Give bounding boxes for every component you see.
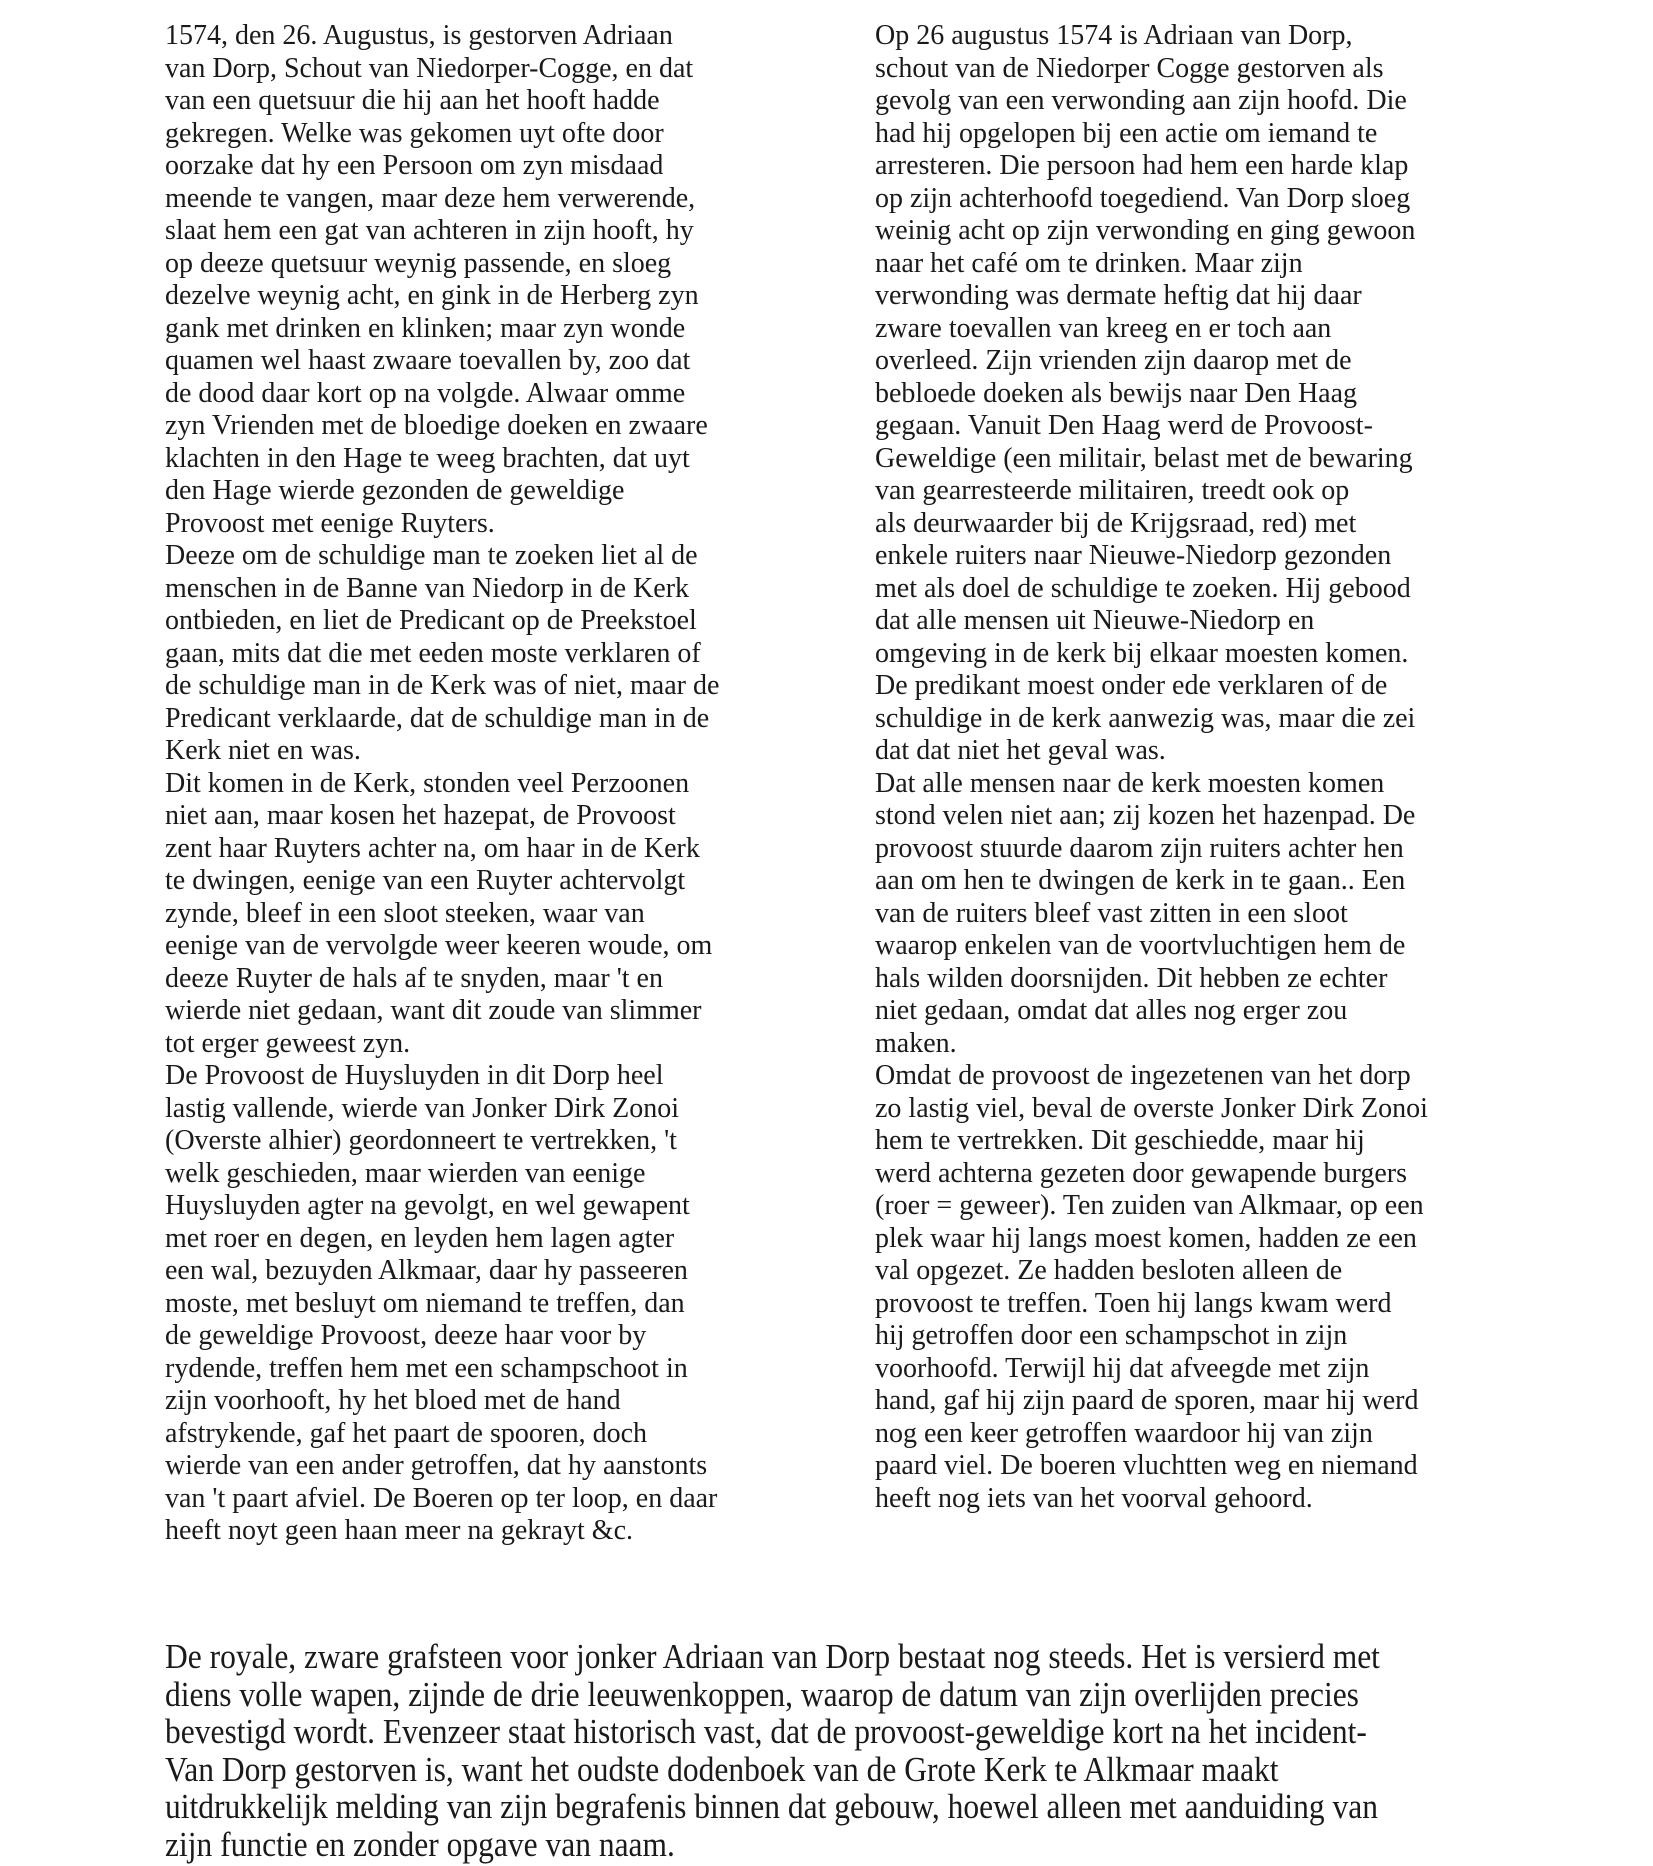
text-line: Omdat de provoost de ingezetenen van het…: [875, 1060, 1465, 1093]
text-line: van 't paart afviel. De Boeren op ter lo…: [165, 1483, 790, 1516]
text-line: de geweldige Provoost, deeze haar voor b…: [165, 1320, 790, 1353]
text-line: weinig acht op zijn verwonding en ging g…: [875, 215, 1465, 248]
text-line: Op 26 augustus 1574 is Adriaan van Dorp,: [875, 20, 1465, 53]
text-line: rydende, treffen hem met een schampschoo…: [165, 1353, 790, 1386]
text-line: zijn voorhooft, hy het bloed met de hand: [165, 1385, 790, 1418]
text-line: 1574, den 26. Augustus, is gestorven Adr…: [165, 20, 790, 53]
text-line: Van Dorp gestorven is, want het oudste d…: [165, 1751, 1504, 1789]
text-line: dat alle mensen uit Nieuwe-Niedorp en: [875, 605, 1465, 638]
text-line: van Dorp, Schout van Niedorper-Cogge, en…: [165, 53, 790, 86]
text-line: tot erger geweest zyn.: [165, 1028, 790, 1061]
text-line: op deeze quetsuur weynig passende, en sl…: [165, 248, 790, 281]
text-line: den Hage wierde gezonden de geweldige: [165, 475, 790, 508]
old-dutch-text-column: 1574, den 26. Augustus, is gestorven Adr…: [165, 20, 790, 1548]
text-line: van de ruiters bleef vast zitten in een …: [875, 898, 1465, 931]
text-line: verwonding was dermate heftig dat hij da…: [875, 280, 1465, 313]
text-line: Dat alle mensen naar de kerk moesten kom…: [875, 768, 1465, 801]
text-line: slaat hem een gat van achteren in zijn h…: [165, 215, 790, 248]
text-line: val opgezet. Ze hadden besloten alleen d…: [875, 1255, 1465, 1288]
text-line: zware toevallen van kreeg en er toch aan: [875, 313, 1465, 346]
text-line: diens volle wapen, zijnde de drie leeuwe…: [165, 1676, 1504, 1714]
text-line: Kerk niet en was.: [165, 735, 790, 768]
text-line: zyn Vrienden met de bloedige doeken en z…: [165, 410, 790, 443]
text-line: hem te vertrekken. Dit geschiedde, maar …: [875, 1125, 1465, 1158]
text-line: lastig vallende, wierde van Jonker Dirk …: [165, 1093, 790, 1126]
text-line: aan om hen te dwingen de kerk in te gaan…: [875, 865, 1465, 898]
text-line: te dwingen, eenige van een Ruyter achter…: [165, 865, 790, 898]
text-line: de dood daar kort op na volgde. Alwaar o…: [165, 378, 790, 411]
text-line: zent haar Ruyters achter na, om haar in …: [165, 833, 790, 866]
text-line: enkele ruiters naar Nieuwe-Niedorp gezon…: [875, 540, 1465, 573]
text-line: zo lastig viel, beval de overste Jonker …: [875, 1093, 1465, 1126]
text-line: van gearresteerde militairen, treedt ook…: [875, 475, 1465, 508]
text-line: gevolg van een verwonding aan zijn hoofd…: [875, 85, 1465, 118]
text-line: bevestigd wordt. Evenzeer staat historis…: [165, 1713, 1504, 1751]
text-line: met roer en degen, en leyden hem lagen a…: [165, 1223, 790, 1256]
text-line: dat dat niet het geval was.: [875, 735, 1465, 768]
text-line: bebloede doeken als bewijs naar Den Haag: [875, 378, 1465, 411]
text-line: quamen wel haast zwaare toevallen by, zo…: [165, 345, 790, 378]
text-line: uitdrukkelijk melding van zijn begrafeni…: [165, 1788, 1504, 1826]
text-line: schuldige in de kerk aanwezig was, maar …: [875, 703, 1465, 736]
text-line: ontbieden, en liet de Predicant op de Pr…: [165, 605, 790, 638]
text-line: arresteren. Die persoon had hem een hard…: [875, 150, 1465, 183]
text-line: Deeze om de schuldige man te zoeken liet…: [165, 540, 790, 573]
text-line: hals wilden doorsnijden. Dit hebben ze e…: [875, 963, 1465, 996]
text-line: met als doel de schuldige te zoeken. Hij…: [875, 573, 1465, 606]
text-line: dezelve weynig acht, en gink in de Herbe…: [165, 280, 790, 313]
text-line: hand, gaf hij zijn paard de sporen, maar…: [875, 1385, 1465, 1418]
text-line: van een quetsuur die hij aan het hooft h…: [165, 85, 790, 118]
text-line: de schuldige man in de Kerk was of niet,…: [165, 670, 790, 703]
text-line: zynde, bleef in een sloot steeken, waar …: [165, 898, 790, 931]
text-line: moste, met besluyt om niemand te treffen…: [165, 1288, 790, 1321]
text-line: (roer = geweer). Ten zuiden van Alkmaar,…: [875, 1190, 1465, 1223]
text-line: (Overste alhier) geordonneert te vertrek…: [165, 1125, 790, 1158]
modern-dutch-translation-column: Op 26 augustus 1574 is Adriaan van Dorp,…: [875, 20, 1465, 1515]
text-line: De Provoost de Huysluyden in dit Dorp he…: [165, 1060, 790, 1093]
text-line: gegaan. Vanuit Den Haag werd de Provoost…: [875, 410, 1465, 443]
text-line: Huysluyden agter na gevolgt, en wel gewa…: [165, 1190, 790, 1223]
text-line: had hij opgelopen bij een actie om ieman…: [875, 118, 1465, 151]
text-line: eenige van de vervolgde weer keeren woud…: [165, 930, 790, 963]
text-line: als deurwaarder bij de Krijgsraad, red) …: [875, 508, 1465, 541]
text-line: De royale, zware grafsteen voor jonker A…: [165, 1638, 1504, 1676]
text-line: heeft nog iets van het voorval gehoord.: [875, 1483, 1465, 1516]
text-line: werd achterna gezeten door gewapende bur…: [875, 1158, 1465, 1191]
text-line: waarop enkelen van de voortvluchtigen he…: [875, 930, 1465, 963]
text-line: hij getroffen door een schampschot in zi…: [875, 1320, 1465, 1353]
text-line: een wal, bezuyden Alkmaar, daar hy passe…: [165, 1255, 790, 1288]
text-line: Provoost met eenige Ruyters.: [165, 508, 790, 541]
text-line: menschen in de Banne van Niedorp in de K…: [165, 573, 790, 606]
text-line: wierde niet gedaan, want dit zoude van s…: [165, 995, 790, 1028]
text-line: afstrykende, gaf het paart de spooren, d…: [165, 1418, 790, 1451]
text-line: paard viel. De boeren vluchtten weg en n…: [875, 1450, 1465, 1483]
text-line: welk geschieden, maar wierden van eenige: [165, 1158, 790, 1191]
text-line: omgeving in de kerk bij elkaar moesten k…: [875, 638, 1465, 671]
text-line: Dit komen in de Kerk, stonden veel Perzo…: [165, 768, 790, 801]
text-line: Geweldige (een militair, belast met de b…: [875, 443, 1465, 476]
text-line: klachten in den Hage te weeg brachten, d…: [165, 443, 790, 476]
text-line: naar het café om te drinken. Maar zijn: [875, 248, 1465, 281]
text-line: Predicant verklaarde, dat de schuldige m…: [165, 703, 790, 736]
text-line: niet gedaan, omdat dat alles nog erger z…: [875, 995, 1465, 1028]
text-line: provoost te treffen. Toen hij langs kwam…: [875, 1288, 1465, 1321]
text-line: wierde van een ander getroffen, dat hy a…: [165, 1450, 790, 1483]
text-line: gekregen. Welke was gekomen uyt ofte doo…: [165, 118, 790, 151]
text-line: meende te vangen, maar deze hem verweren…: [165, 183, 790, 216]
text-line: schout van de Niedorper Cogge gestorven …: [875, 53, 1465, 86]
text-line: maken.: [875, 1028, 1465, 1061]
text-line: zijn functie en zonder opgave van naam.: [165, 1826, 1504, 1864]
text-line: heeft noyt geen haan meer na gekrayt &c.: [165, 1515, 790, 1548]
text-line: niet aan, maar kosen het hazepat, de Pro…: [165, 800, 790, 833]
text-line: deeze Ruyter de hals af te snyden, maar …: [165, 963, 790, 996]
text-line: gaan, mits dat die met eeden moste verkl…: [165, 638, 790, 671]
text-line: overleed. Zijn vrienden zijn daarop met …: [875, 345, 1465, 378]
footer-paragraph: De royale, zware grafsteen voor jonker A…: [165, 1638, 1653, 1863]
text-line: nog een keer getroffen waardoor hij van …: [875, 1418, 1465, 1451]
text-line: voorhoofd. Terwijl hij dat afveegde met …: [875, 1353, 1465, 1386]
text-line: plek waar hij langs moest komen, hadden …: [875, 1223, 1465, 1256]
text-line: op zijn achterhoofd toegediend. Van Dorp…: [875, 183, 1465, 216]
text-line: De predikant moest onder ede verklaren o…: [875, 670, 1465, 703]
text-line: oorzake dat hy een Persoon om zyn misdaa…: [165, 150, 790, 183]
text-line: stond velen niet aan; zij kozen het haze…: [875, 800, 1465, 833]
text-line: gank met drinken en klinken; maar zyn wo…: [165, 313, 790, 346]
document-page: 1574, den 26. Augustus, is gestorven Adr…: [0, 0, 1653, 1866]
text-line: provoost stuurde daarom zijn ruiters ach…: [875, 833, 1465, 866]
